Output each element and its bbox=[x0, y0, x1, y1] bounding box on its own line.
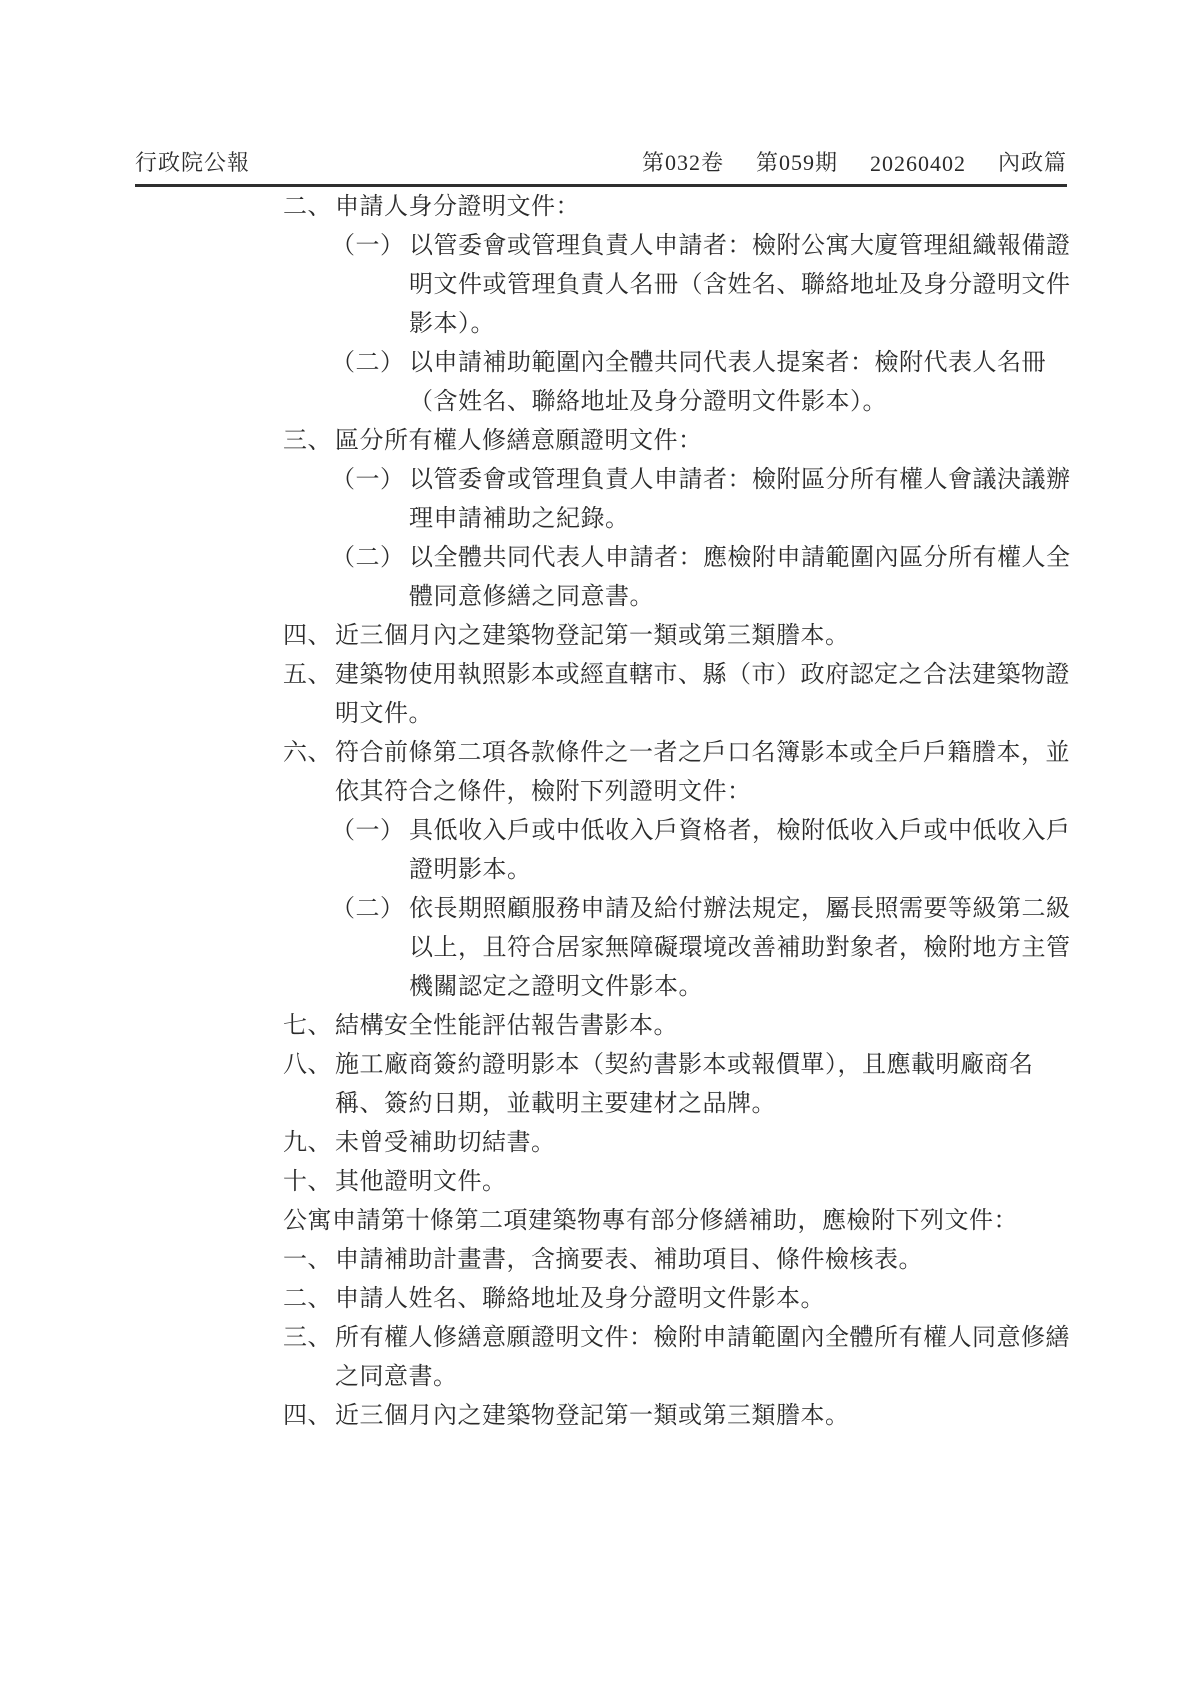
list-item: （一）以管委會或管理負責人申請者：檢附區分所有權人會議決議辦理申請補助之紀錄。 bbox=[135, 461, 1165, 539]
text-line: 明文件或管理負責人名冊（含姓名、聯絡地址及身分證明文件 bbox=[409, 266, 1071, 305]
text-line: 近三個月內之建築物登記第一類或第三類謄本。 bbox=[335, 1397, 850, 1436]
list-marker: 八、 bbox=[283, 1046, 335, 1085]
list-lines: 依長期照顧服務申請及給付辦法規定，屬長照需要等級第二級以上，且符合居家無障礙環境… bbox=[409, 890, 1071, 1007]
gazette-page: 行政院公報 第032卷 第059期 20260402 內政篇 二、申請人身分證明… bbox=[0, 0, 1200, 1698]
volume-number: 第032卷 bbox=[642, 146, 724, 177]
list-lines: 未曾受補助切結書。 bbox=[335, 1124, 556, 1163]
list-lines: 其他證明文件。 bbox=[335, 1163, 507, 1202]
list-marker: （一） bbox=[331, 461, 409, 500]
list-marker: （一） bbox=[331, 227, 409, 266]
list-marker: 一、 bbox=[283, 1241, 335, 1280]
list-lines: 區分所有權人修繕意願證明文件： bbox=[335, 422, 703, 461]
gazette-title: 行政院公報 bbox=[135, 146, 250, 177]
text-line: 近三個月內之建築物登記第一類或第三類謄本。 bbox=[335, 617, 850, 656]
list-lines: 具低收入戶或中低收入戶資格者，檢附低收入戶或中低收入戶證明影本。 bbox=[409, 812, 1071, 890]
text-line: 申請人姓名、聯絡地址及身分證明文件影本。 bbox=[335, 1280, 825, 1319]
list-lines: 近三個月內之建築物登記第一類或第三類謄本。 bbox=[335, 1397, 850, 1436]
text-line: 申請人身分證明文件： bbox=[335, 188, 580, 227]
text-line: 申請補助計畫書，含摘要表、補助項目、條件檢核表。 bbox=[335, 1241, 923, 1280]
text-line: 結構安全性能評估報告書影本。 bbox=[335, 1007, 678, 1046]
list-lines: 以全體共同代表人申請者：應檢附申請範圍內區分所有權人全體同意修繕之同意書。 bbox=[409, 539, 1071, 617]
list-lines: 申請補助計畫書，含摘要表、補助項目、條件檢核表。 bbox=[335, 1241, 923, 1280]
list-item: （一）具低收入戶或中低收入戶資格者，檢附低收入戶或中低收入戶證明影本。 bbox=[135, 812, 1165, 890]
list-marker: 十、 bbox=[283, 1163, 335, 1202]
text-line: 稱、簽約日期，並載明主要建材之品牌。 bbox=[335, 1085, 1034, 1124]
list-item: 五、建築物使用執照影本或經直轄市、縣（市）政府認定之合法建築物證明文件。 bbox=[135, 656, 1165, 734]
text-line: 依其符合之條件，檢附下列證明文件： bbox=[335, 773, 1070, 812]
text-line: 符合前條第二項各款條件之一者之戶口名簿影本或全戶戶籍謄本，並 bbox=[335, 734, 1070, 773]
paragraph: 公寓申請第十條第二項建築物專有部分修繕補助，應檢附下列文件： bbox=[135, 1202, 1165, 1241]
list-item: 四、近三個月內之建築物登記第一類或第三類謄本。 bbox=[135, 1397, 1165, 1436]
list-lines: 以管委會或管理負責人申請者：檢附區分所有權人會議決議辦理申請補助之紀錄。 bbox=[409, 461, 1071, 539]
list-marker: （一） bbox=[331, 812, 409, 851]
text-line: 施工廠商簽約證明影本（契約書影本或報價單），且應載明廠商名 bbox=[335, 1046, 1034, 1085]
list-item: （二）以全體共同代表人申請者：應檢附申請範圍內區分所有權人全體同意修繕之同意書。 bbox=[135, 539, 1165, 617]
text-line: 機關認定之證明文件影本。 bbox=[409, 968, 1071, 1007]
list-lines: 施工廠商簽約證明影本（契約書影本或報價單），且應載明廠商名稱、簽約日期，並載明主… bbox=[335, 1046, 1034, 1124]
text-line: 公寓申請第十條第二項建築物專有部分修繕補助，應檢附下列文件： bbox=[283, 1202, 1018, 1241]
list-marker: 三、 bbox=[283, 422, 335, 461]
text-line: 證明影本。 bbox=[409, 851, 1071, 890]
list-item: 九、未曾受補助切結書。 bbox=[135, 1124, 1165, 1163]
list-item: 十、其他證明文件。 bbox=[135, 1163, 1165, 1202]
list-marker: （二） bbox=[331, 890, 409, 929]
text-line: 具低收入戶或中低收入戶資格者，檢附低收入戶或中低收入戶 bbox=[409, 812, 1071, 851]
list-marker: （二） bbox=[331, 344, 409, 383]
text-line: 建築物使用執照影本或經直轄市、縣（市）政府認定之合法建築物證 bbox=[335, 656, 1070, 695]
list-lines: 所有權人修繕意願證明文件：檢附申請範圍內全體所有權人同意修繕之同意書。 bbox=[335, 1319, 1070, 1397]
issue-number: 第059期 bbox=[756, 146, 838, 177]
list-lines: 以管委會或管理負責人申請者：檢附公寓大廈管理組織報備證明文件或管理負責人名冊（含… bbox=[409, 227, 1071, 344]
document-body: 二、申請人身分證明文件：（一）以管委會或管理負責人申請者：檢附公寓大廈管理組織報… bbox=[135, 188, 1165, 1436]
list-item: 二、申請人身分證明文件： bbox=[135, 188, 1165, 227]
list-lines: 結構安全性能評估報告書影本。 bbox=[335, 1007, 678, 1046]
list-item: 一、申請補助計畫書，含摘要表、補助項目、條件檢核表。 bbox=[135, 1241, 1165, 1280]
text-line: 以上，且符合居家無障礙環境改善補助對象者，檢附地方主管 bbox=[409, 929, 1071, 968]
text-line: 未曾受補助切結書。 bbox=[335, 1124, 556, 1163]
text-line: 以全體共同代表人申請者：應檢附申請範圍內區分所有權人全 bbox=[409, 539, 1071, 578]
text-line: 以管委會或管理負責人申請者：檢附區分所有權人會議決議辦 bbox=[409, 461, 1071, 500]
header-meta: 第032卷 第059期 20260402 內政篇 bbox=[642, 146, 1067, 177]
text-line: 明文件。 bbox=[335, 695, 1070, 734]
list-marker: 二、 bbox=[283, 1280, 335, 1319]
text-line: （含姓名、聯絡地址及身分證明文件影本）。 bbox=[409, 383, 1046, 422]
list-marker: 四、 bbox=[283, 1397, 335, 1436]
list-marker: 七、 bbox=[283, 1007, 335, 1046]
list-marker: 五、 bbox=[283, 656, 335, 695]
text-line: 以管委會或管理負責人申請者：檢附公寓大廈管理組織報備證 bbox=[409, 227, 1071, 266]
list-marker: 四、 bbox=[283, 617, 335, 656]
list-item: 四、近三個月內之建築物登記第一類或第三類謄本。 bbox=[135, 617, 1165, 656]
list-lines: 近三個月內之建築物登記第一類或第三類謄本。 bbox=[335, 617, 850, 656]
list-marker: 三、 bbox=[283, 1319, 335, 1358]
list-item: （二）以申請補助範圍內全體共同代表人提案者：檢附代表人名冊（含姓名、聯絡地址及身… bbox=[135, 344, 1165, 422]
text-line: 體同意修繕之同意書。 bbox=[409, 578, 1071, 617]
text-line: 其他證明文件。 bbox=[335, 1163, 507, 1202]
text-line: 影本）。 bbox=[409, 305, 1071, 344]
list-item: 六、符合前條第二項各款條件之一者之戶口名簿影本或全戶戶籍謄本，並依其符合之條件，… bbox=[135, 734, 1165, 812]
list-item: 三、所有權人修繕意願證明文件：檢附申請範圍內全體所有權人同意修繕之同意書。 bbox=[135, 1319, 1165, 1397]
list-lines: 符合前條第二項各款條件之一者之戶口名簿影本或全戶戶籍謄本，並依其符合之條件，檢附… bbox=[335, 734, 1070, 812]
list-lines: 建築物使用執照影本或經直轄市、縣（市）政府認定之合法建築物證明文件。 bbox=[335, 656, 1070, 734]
text-line: 理申請補助之紀錄。 bbox=[409, 500, 1071, 539]
text-line: 所有權人修繕意願證明文件：檢附申請範圍內全體所有權人同意修繕 bbox=[335, 1319, 1070, 1358]
list-lines: 申請人身分證明文件： bbox=[335, 188, 580, 227]
text-line: 依長期照顧服務申請及給付辦法規定，屬長照需要等級第二級 bbox=[409, 890, 1071, 929]
list-lines: 申請人姓名、聯絡地址及身分證明文件影本。 bbox=[335, 1280, 825, 1319]
list-marker: 六、 bbox=[283, 734, 335, 773]
list-lines: 以申請補助範圍內全體共同代表人提案者：檢附代表人名冊（含姓名、聯絡地址及身分證明… bbox=[409, 344, 1046, 422]
list-marker: 九、 bbox=[283, 1124, 335, 1163]
page-header: 行政院公報 第032卷 第059期 20260402 內政篇 bbox=[135, 146, 1067, 187]
issue-date: 20260402 bbox=[870, 151, 966, 177]
text-line: 區分所有權人修繕意願證明文件： bbox=[335, 422, 703, 461]
text-line: 以申請補助範圍內全體共同代表人提案者：檢附代表人名冊 bbox=[409, 344, 1046, 383]
list-lines: 公寓申請第十條第二項建築物專有部分修繕補助，應檢附下列文件： bbox=[283, 1202, 1018, 1241]
list-item: 八、施工廠商簽約證明影本（契約書影本或報價單），且應載明廠商名稱、簽約日期，並載… bbox=[135, 1046, 1165, 1124]
list-item: 三、區分所有權人修繕意願證明文件： bbox=[135, 422, 1165, 461]
list-marker: （二） bbox=[331, 539, 409, 578]
list-marker: 二、 bbox=[283, 188, 335, 227]
list-item: 二、申請人姓名、聯絡地址及身分證明文件影本。 bbox=[135, 1280, 1165, 1319]
section-name: 內政篇 bbox=[998, 146, 1067, 177]
text-line: 之同意書。 bbox=[335, 1358, 1070, 1397]
list-item: （一）以管委會或管理負責人申請者：檢附公寓大廈管理組織報備證明文件或管理負責人名… bbox=[135, 227, 1165, 344]
list-item: （二）依長期照顧服務申請及給付辦法規定，屬長照需要等級第二級以上，且符合居家無障… bbox=[135, 890, 1165, 1007]
list-item: 七、結構安全性能評估報告書影本。 bbox=[135, 1007, 1165, 1046]
